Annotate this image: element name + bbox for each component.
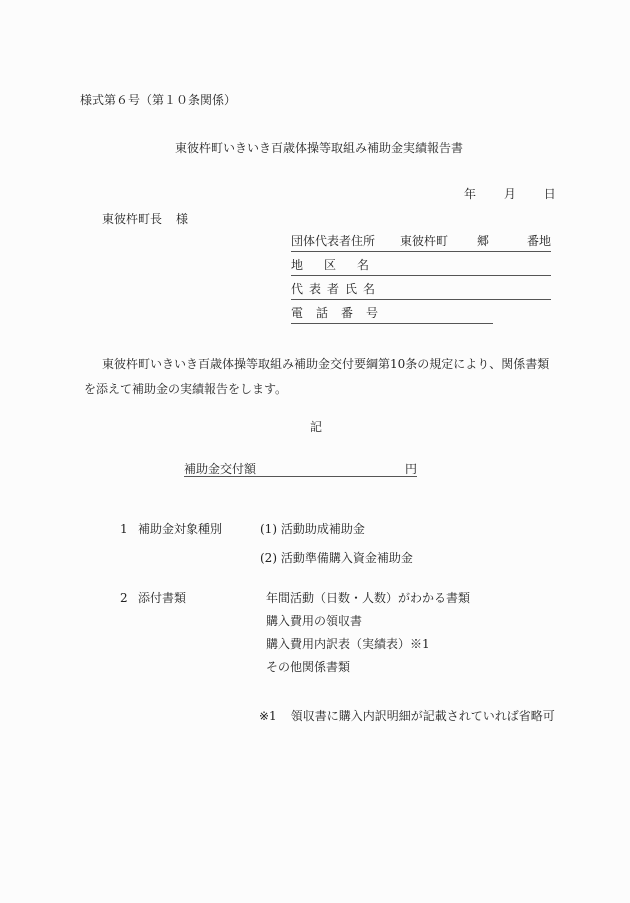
address-town: 東彼杵町 — [400, 235, 448, 247]
footnote-text: 領収書に購入内訳明細が記載されていれば省略可 — [291, 709, 555, 723]
recipient-name: 東彼杵町長 — [102, 212, 162, 226]
amount-field[interactable]: 補助金交付額 円 — [184, 463, 417, 477]
address-go: 郷 — [477, 235, 489, 247]
form-number: 様式第６号（第１０条関係） — [80, 94, 236, 106]
attachment-item: 購入費用の領収書 — [266, 615, 362, 627]
attachment-item: その他関係書類 — [266, 661, 350, 673]
address-field[interactable]: 団体代表者住所 東彼杵町 郷 番地 — [291, 235, 551, 252]
section-1-label: 補助金対象種別 — [138, 523, 222, 535]
representative-label: 代表者氏名 — [291, 283, 381, 295]
recipient-honorific: 様 — [176, 212, 188, 226]
district-label: 地区名 — [291, 259, 390, 271]
phone-label: 電話番号 — [291, 307, 391, 319]
body-paragraph: 東彼杵町いきいき百歳体操等取組み補助金交付要綱第10条の規定により、関係書類を添… — [84, 352, 554, 402]
address-banchi: 番地 — [527, 235, 551, 247]
ki-heading: 記 — [310, 421, 322, 433]
section-2-number: 2 — [120, 592, 128, 604]
attachment-item: 年間活動（日数・人数）がわかる書類 — [266, 592, 470, 604]
subsidy-option-1[interactable]: (1) 活動助成補助金 — [260, 523, 365, 535]
section-1-number: 1 — [120, 523, 128, 535]
section-2-label: 添付書類 — [138, 592, 186, 604]
date-month-label: 月 — [504, 188, 516, 200]
attachment-item: 購入費用内訳表（実績表）※1 — [266, 638, 430, 650]
date-year-label: 年 — [464, 188, 476, 200]
date-field[interactable]: 年 月 日 — [464, 188, 556, 200]
recipient: 東彼杵町長様 — [102, 213, 188, 225]
phone-field[interactable]: 電話番号 — [291, 307, 493, 324]
subsidy-option-2[interactable]: (2) 活動準備購入資金補助金 — [260, 552, 413, 564]
amount-unit: 円 — [405, 463, 417, 475]
address-label: 団体代表者住所 — [291, 235, 375, 247]
representative-field[interactable]: 代表者氏名 — [291, 283, 551, 300]
document-title: 東彼杵町いきいき百歳体操等取組み補助金実績報告書 — [175, 142, 463, 154]
footnote: ※1領収書に購入内訳明細が記載されていれば省略可 — [259, 710, 555, 722]
footnote-mark: ※1 — [259, 709, 277, 723]
district-field[interactable]: 地区名 — [291, 259, 551, 276]
amount-label: 補助金交付額 — [184, 463, 256, 475]
date-day-label: 日 — [544, 188, 556, 200]
